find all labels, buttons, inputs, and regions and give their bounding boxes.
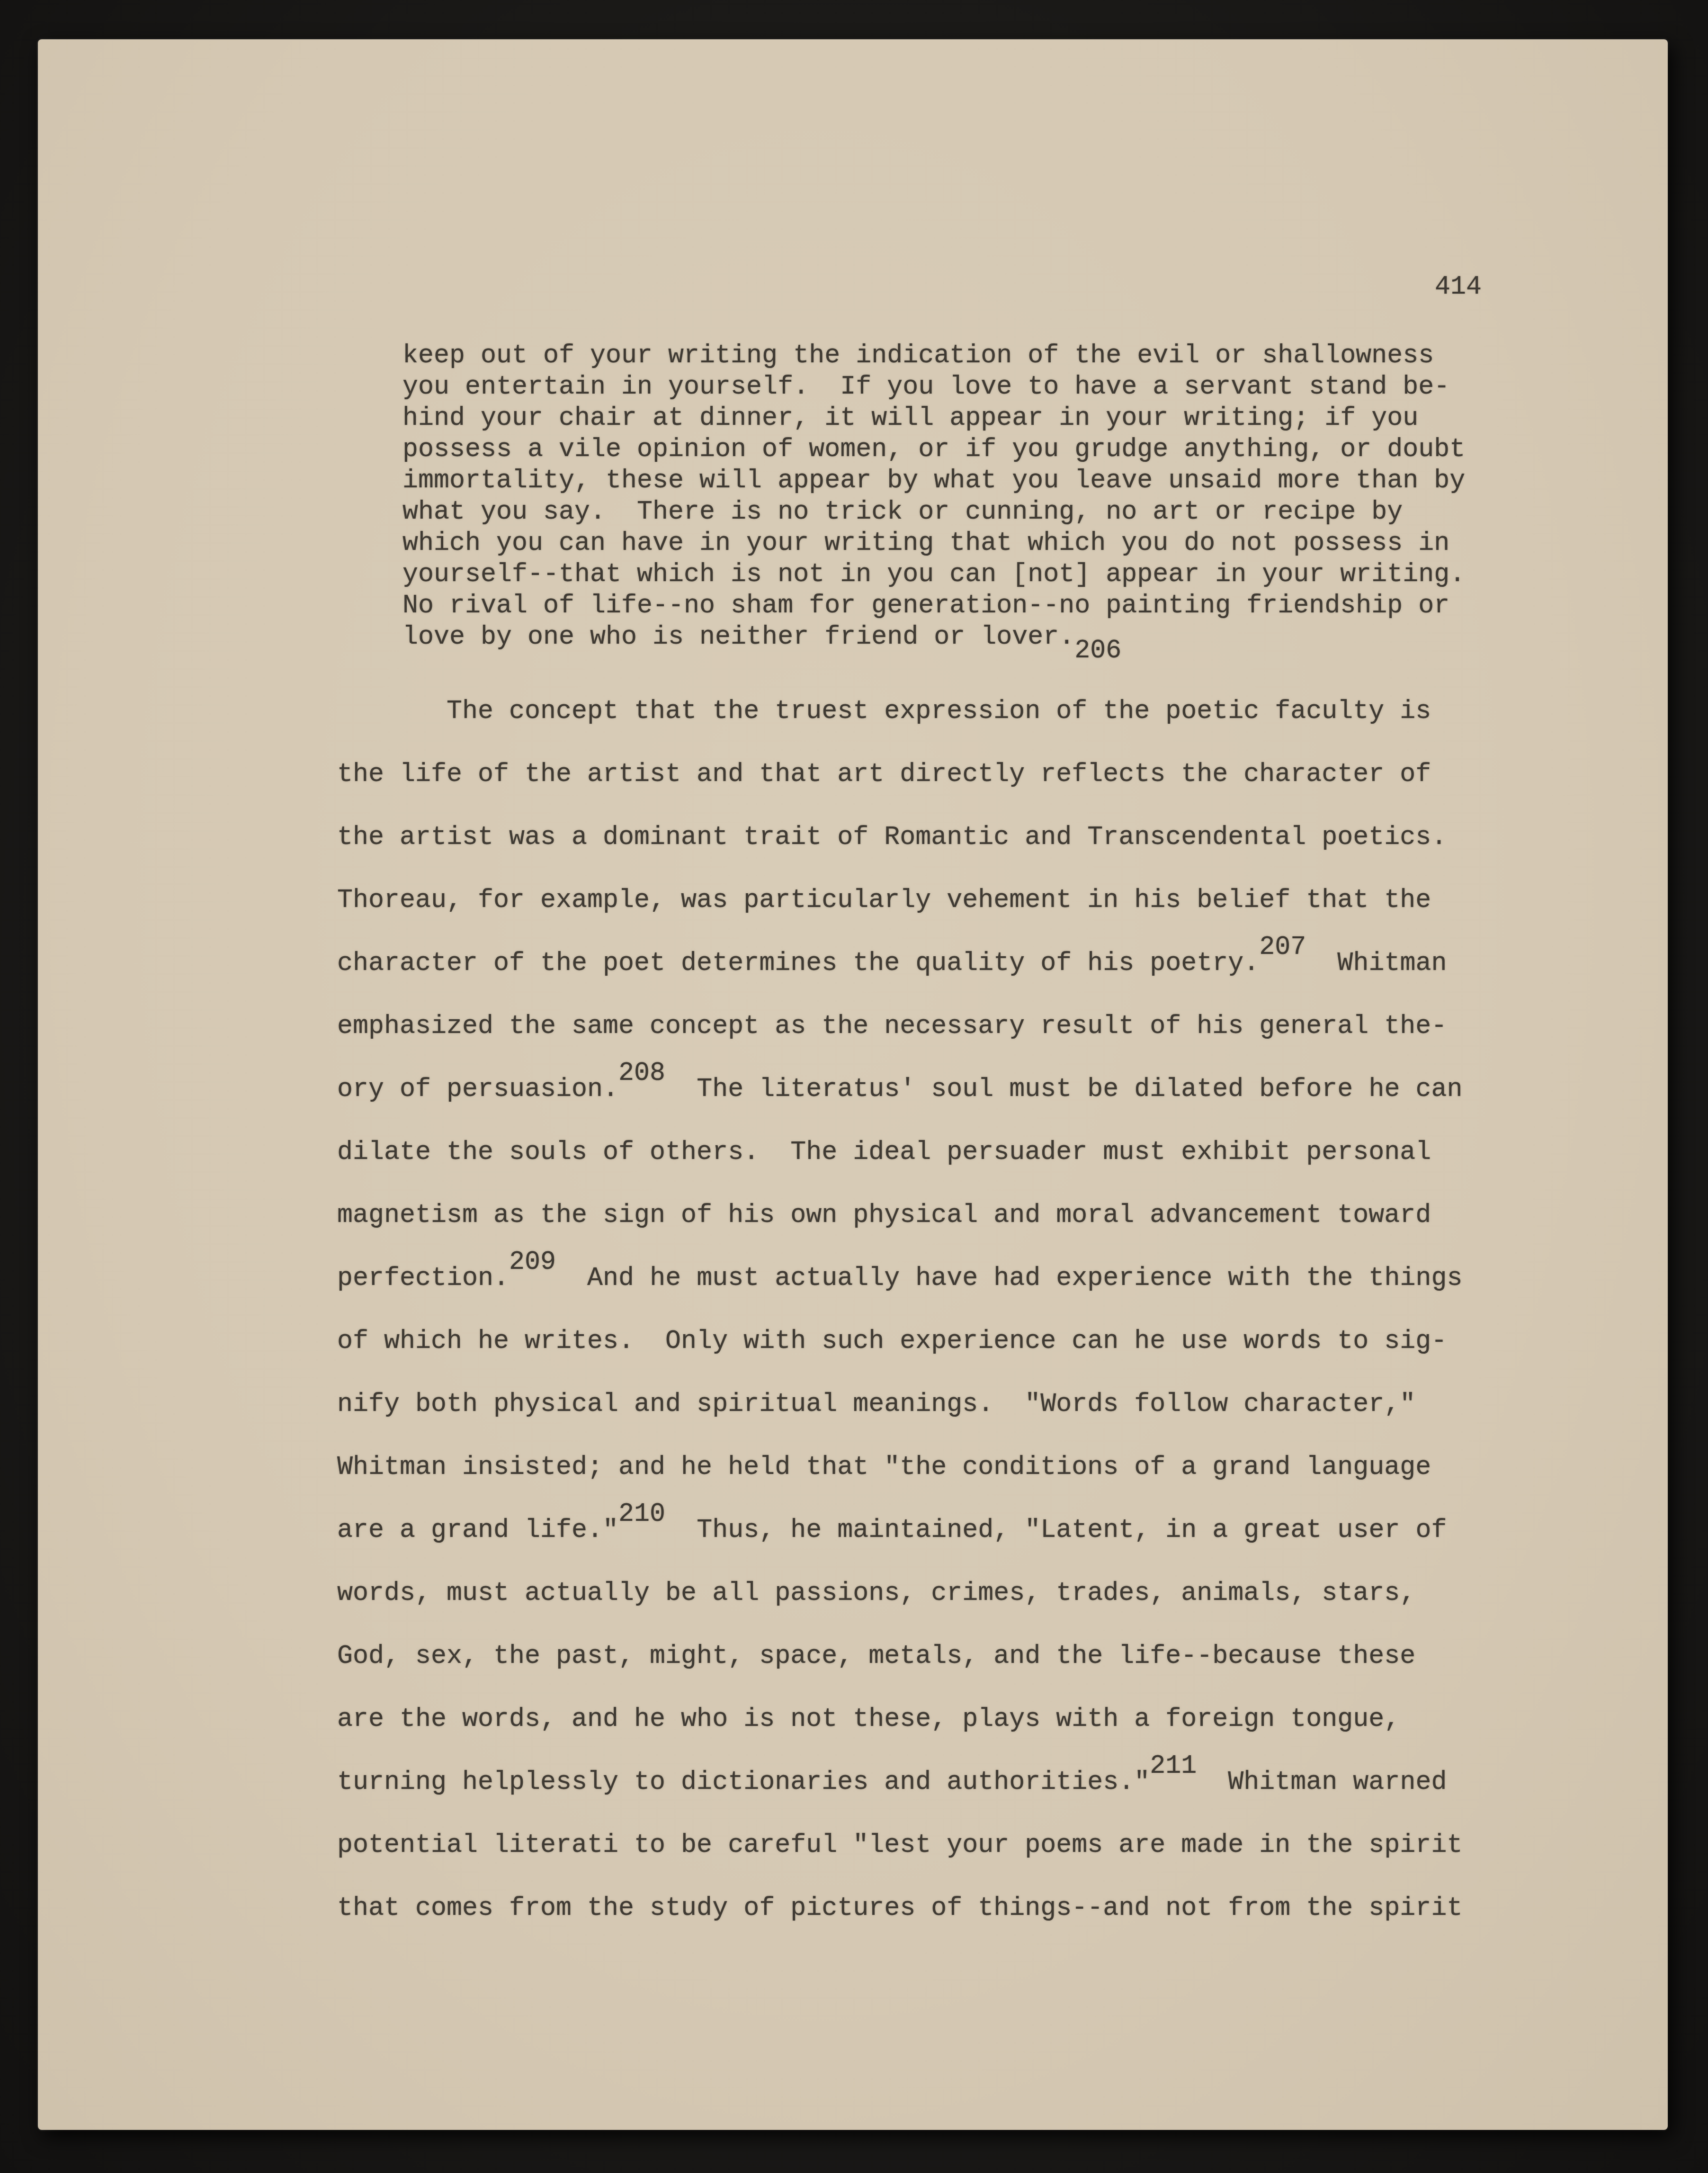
quote-line: what you say. There is no trick or cunni… [402, 496, 1465, 528]
body-paragraph: The concept that the truest expression o… [337, 680, 1462, 1940]
text-line: words, must actually be all passions, cr… [337, 1562, 1462, 1625]
footnote-marker: 211 [1150, 1751, 1197, 1781]
text-line: ory of persuasion.208 The literatus' sou… [337, 1058, 1462, 1121]
text-line: nify both physical and spiritual meaning… [337, 1373, 1462, 1436]
quote-line: yourself--that which is not in you can [… [402, 559, 1465, 590]
text-line: emphasized the same concept as the neces… [337, 995, 1462, 1058]
quote-line: No rival of life--no sham for generation… [402, 590, 1465, 621]
text-line: are the words, and he who is not these, … [337, 1688, 1462, 1751]
text-line: the life of the artist and that art dire… [337, 743, 1462, 806]
quote-line: love by one who is neither friend or lov… [402, 621, 1465, 653]
page-number: 414 [1435, 274, 1482, 300]
footnote-marker: 210 [618, 1499, 665, 1529]
footnote-marker: 209 [509, 1247, 556, 1277]
quote-line: hind your chair at dinner, it will appea… [402, 403, 1465, 434]
quote-line: possess a vile opinion of women, or if y… [402, 434, 1465, 465]
text-line: God, sex, the past, might, space, metals… [337, 1625, 1462, 1688]
quote-line: keep out of your writing the indication … [402, 340, 1465, 371]
text-line: character of the poet determines the qua… [337, 932, 1462, 995]
footnote-marker: 207 [1259, 932, 1306, 962]
text-line: are a grand life."210 Thus, he maintaine… [337, 1499, 1462, 1562]
text-line: The concept that the truest expression o… [337, 680, 1462, 743]
block-quote: keep out of your writing the indication … [402, 340, 1465, 653]
text-line: Whitman insisted; and he held that "the … [337, 1436, 1462, 1499]
quote-line: you entertain in yourself. If you love t… [402, 371, 1465, 403]
text-line: dilate the souls of others. The ideal pe… [337, 1121, 1462, 1184]
text-line: perfection.209 And he must actually have… [337, 1247, 1462, 1310]
text-line: that comes from the study of pictures of… [337, 1877, 1462, 1940]
text-line: Thoreau, for example, was particularly v… [337, 869, 1462, 932]
text-line: the artist was a dominant trait of Roman… [337, 806, 1462, 869]
text-line: magnetism as the sign of his own physica… [337, 1184, 1462, 1247]
footnote-marker: 208 [618, 1058, 665, 1088]
quote-line: immortality, these will appear by what y… [402, 465, 1465, 496]
quote-line: which you can have in your writing that … [402, 528, 1465, 559]
text-line: turning helplessly to dictionaries and a… [337, 1751, 1462, 1814]
text-line: of which he writes. Only with such exper… [337, 1310, 1462, 1373]
scanned-page: 414 keep out of your writing the indicat… [38, 39, 1668, 2130]
footnote-marker: 206 [1074, 636, 1121, 665]
text-line: potential literati to be careful "lest y… [337, 1814, 1462, 1877]
